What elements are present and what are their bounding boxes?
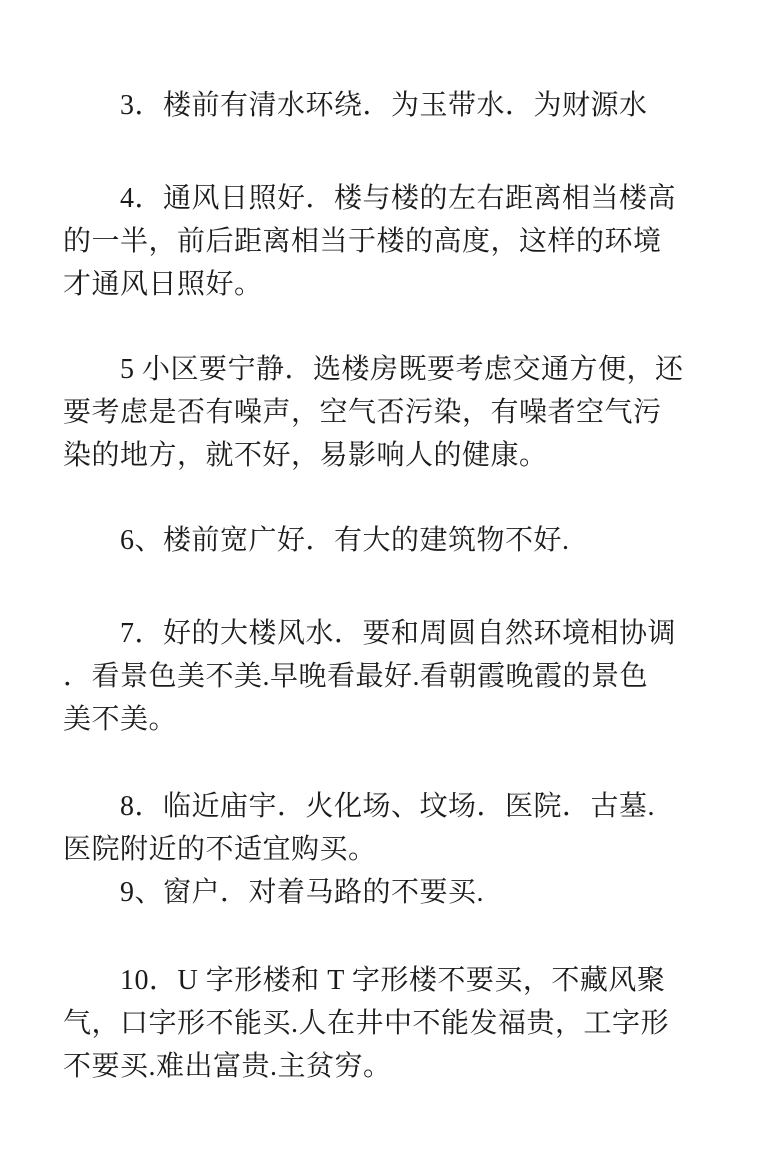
list-item-5: 5 小区要宁静．选楼房既要考虑交通方便，还 要考虑是否有噪声，空气否污染，有噪者…: [63, 348, 708, 477]
list-item-5-line: 要考虑是否有噪声，空气否污染，有噪者空气污: [63, 391, 708, 434]
list-item-4: 4．通风日照好．楼与楼的左右距离相当楼高 的一半，前后距离相当于楼的高度，这样的…: [63, 177, 708, 306]
list-item-4-line: 才通风日照好。: [63, 263, 708, 306]
list-item-4-line: 的一半，前后距离相当于楼的高度，这样的环境: [63, 220, 708, 263]
list-item-9: 9、窗户．对着马路的不要买.: [63, 871, 708, 914]
document-body: 3．楼前有清水环绕．为玉带水．为财源水 4．通风日照好．楼与楼的左右距离相当楼高…: [63, 84, 708, 1088]
list-item-10: 10．U 字形楼和 T 字形楼不要买，不藏风聚 气，口字形不能买.人在井中不能发…: [63, 959, 708, 1088]
list-item-8-line: 医院附近的不适宜购买。: [63, 828, 708, 871]
list-item-8-line: 8．临近庙宇．火化场、坟场．医院．古墓.: [63, 785, 708, 828]
list-item-7-line: 7．好的大楼风水．要和周圆自然环境相协调: [63, 612, 708, 655]
list-item-10-line: 不要买.难出富贵.主贫穷。: [63, 1045, 708, 1088]
list-item-6: 6、楼前宽广好．有大的建筑物不好.: [63, 519, 708, 562]
list-item-7-line: 美不美。: [63, 698, 708, 741]
list-item-7: 7．好的大楼风水．要和周圆自然环境相协调 ．看景色美不美.早晚看最好.看朝霞晚霞…: [63, 612, 708, 741]
list-item-3: 3．楼前有清水环绕．为玉带水．为财源水: [63, 84, 708, 127]
list-item-5-line: 5 小区要宁静．选楼房既要考虑交通方便，还: [63, 348, 708, 391]
list-item-9-line: 9、窗户．对着马路的不要买.: [63, 871, 708, 914]
list-item-8: 8．临近庙宇．火化场、坟场．医院．古墓. 医院附近的不适宜购买。: [63, 785, 708, 871]
list-item-10-line: 气，口字形不能买.人在井中不能发福贵，工字形: [63, 1002, 708, 1045]
list-item-10-line: 10．U 字形楼和 T 字形楼不要买，不藏风聚: [63, 959, 708, 1002]
list-item-5-line: 染的地方，就不好，易影响人的健康。: [63, 434, 708, 477]
list-item-3-line: 3．楼前有清水环绕．为玉带水．为财源水: [63, 84, 708, 127]
list-item-4-line: 4．通风日照好．楼与楼的左右距离相当楼高: [63, 177, 708, 220]
list-item-7-line: ．看景色美不美.早晚看最好.看朝霞晚霞的景色: [63, 655, 708, 698]
list-item-6-line: 6、楼前宽广好．有大的建筑物不好.: [63, 519, 708, 562]
document-page: 3．楼前有清水环绕．为玉带水．为财源水 4．通风日照好．楼与楼的左右距离相当楼高…: [0, 0, 769, 1152]
